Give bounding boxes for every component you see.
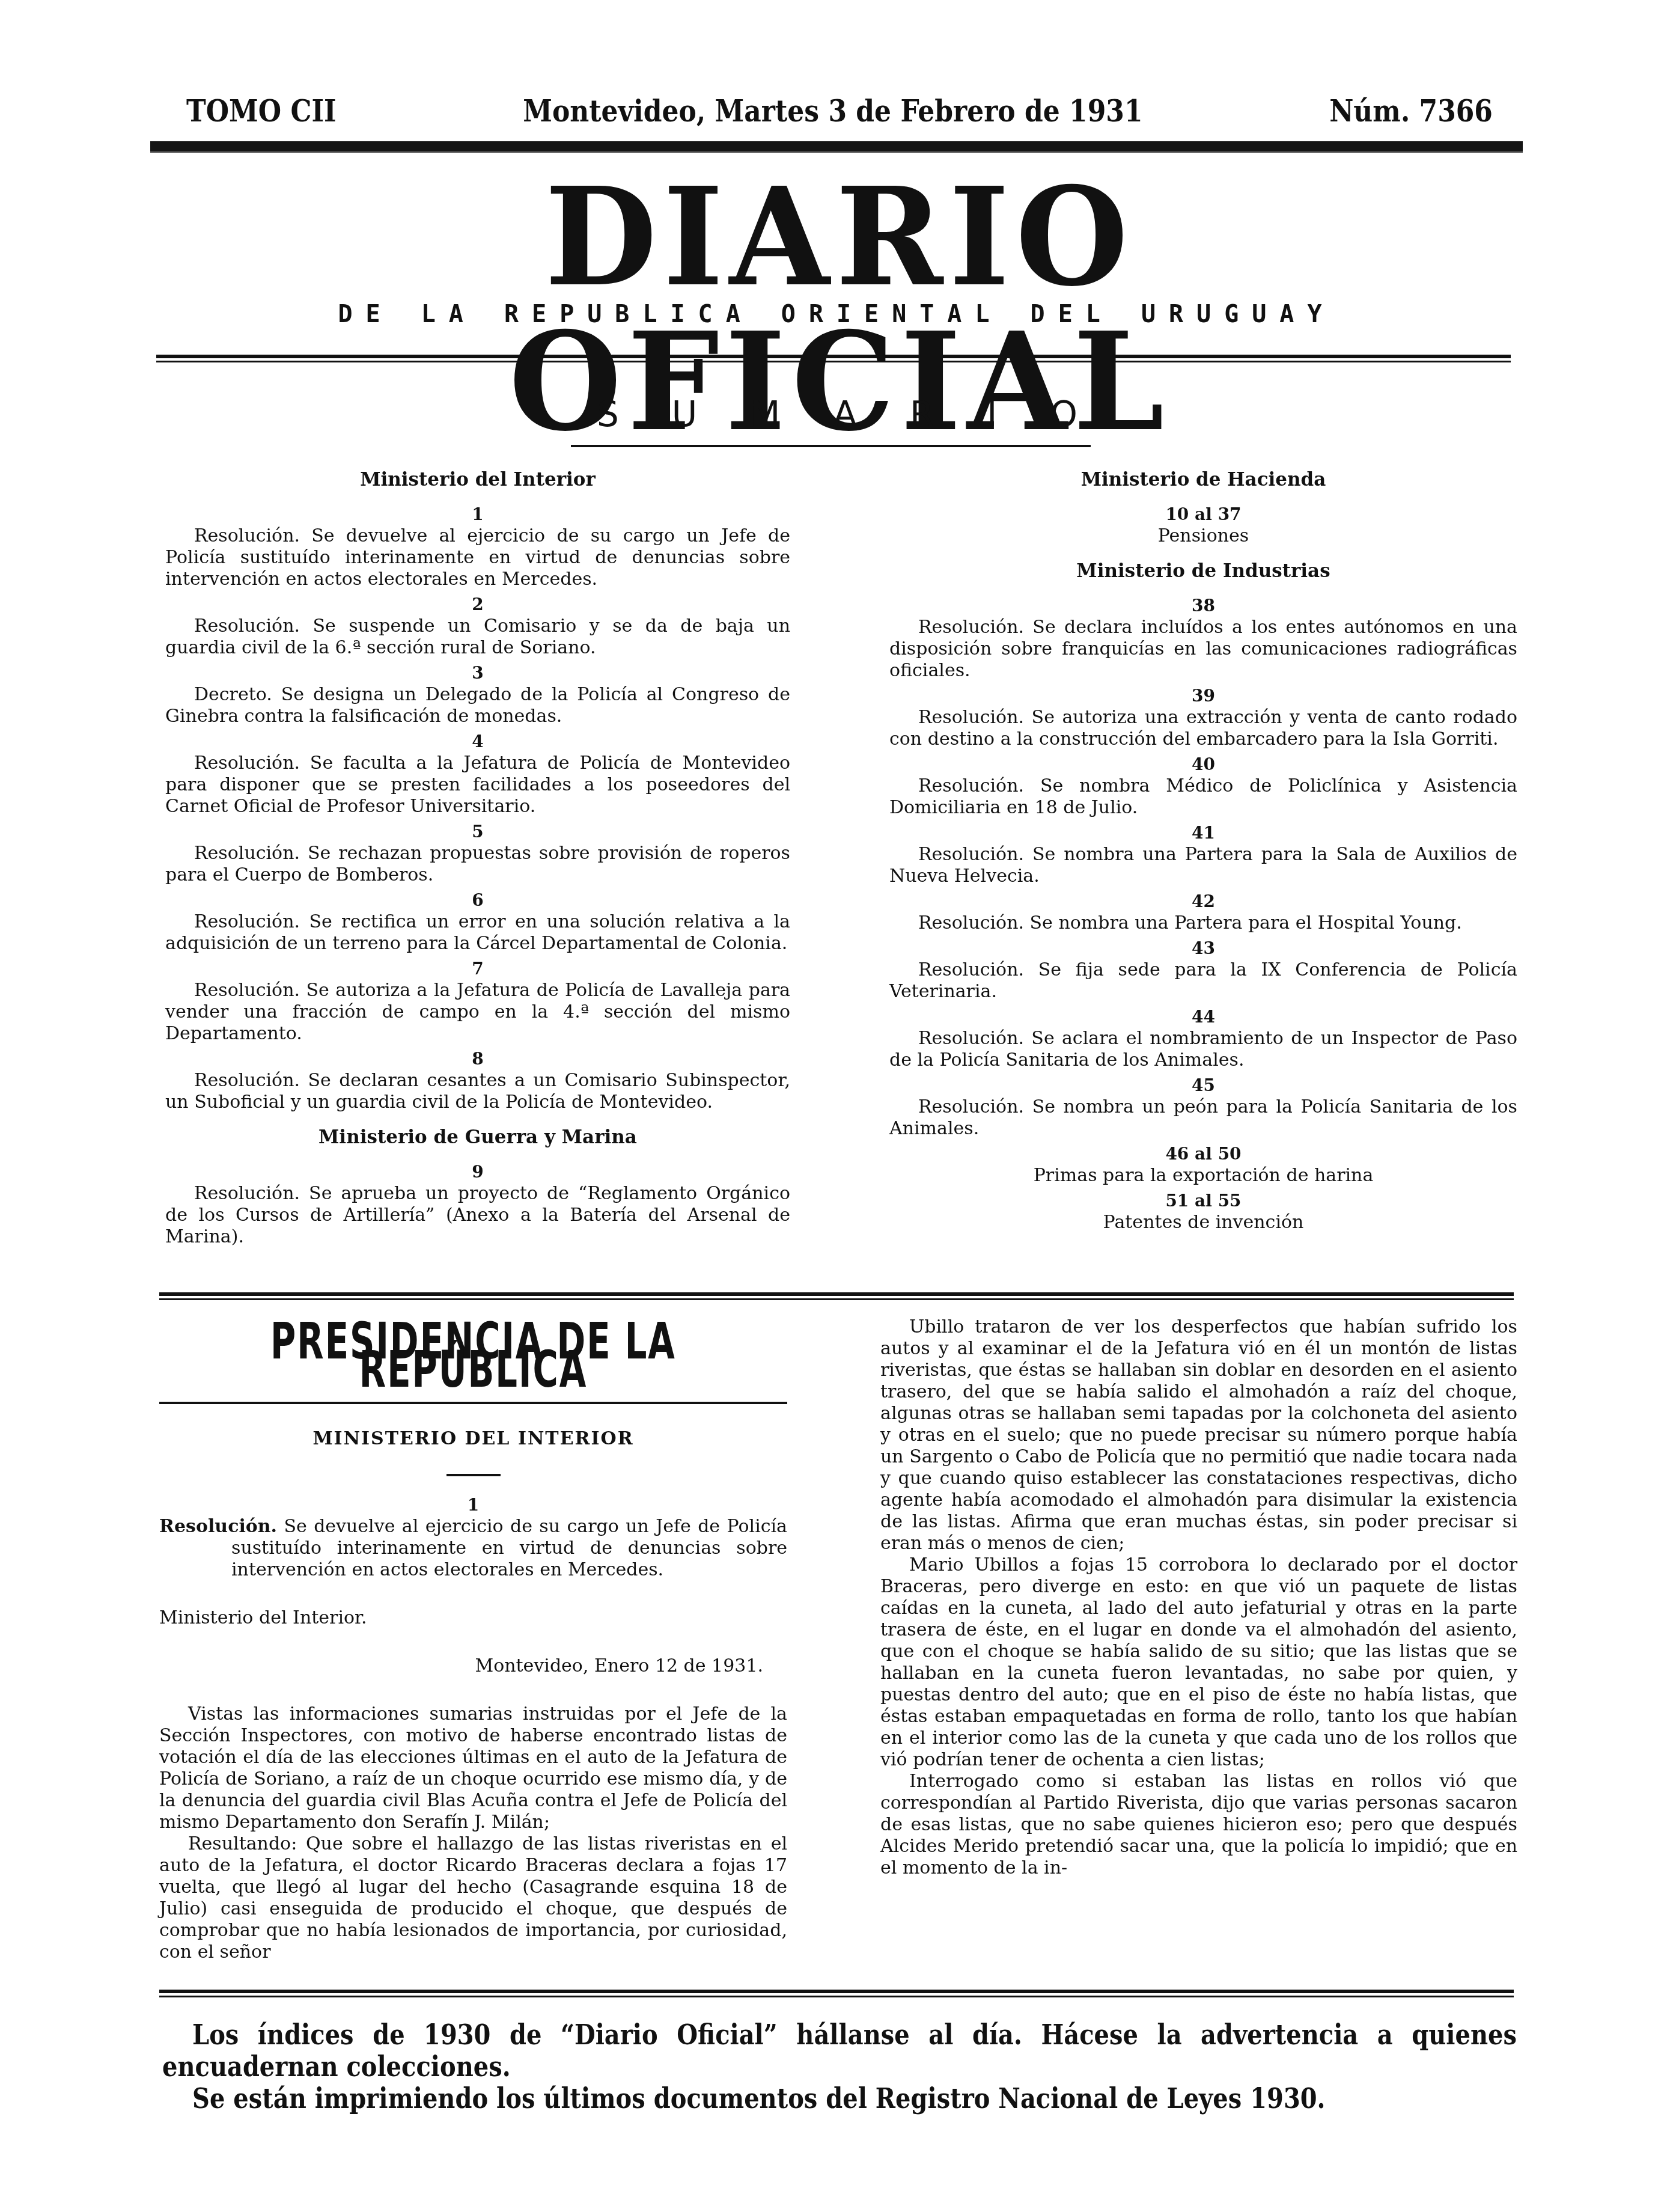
ministry-rule: [446, 1474, 501, 1476]
body-paragraph: Resultando: Que sobre el hallazgo de las…: [159, 1833, 787, 1963]
item-number: 42: [889, 891, 1517, 912]
item-number: 10 al 37: [889, 504, 1517, 525]
volume-label: TOMO CII: [186, 94, 337, 129]
newspaper-subtitle: DE LA REPUBLICA ORIENTAL DEL URUGUAY: [0, 301, 1673, 328]
item-number: 1: [159, 1494, 787, 1516]
place-date: Montevideo, Enero 12 de 1931.: [159, 1655, 787, 1677]
summary-item: Resolución. Se declaran cesantes a un Co…: [165, 1070, 790, 1113]
summary-item: Resolución. Se aclara el nombramiento de…: [889, 1028, 1517, 1071]
item-summary-text: Se devuelve al ejercicio de su cargo un …: [231, 1516, 787, 1580]
masthead-rule: [150, 141, 1523, 153]
item-number: 2: [165, 594, 790, 616]
item-number: 51 al 55: [889, 1190, 1517, 1212]
ministry-heading: Ministerio de Guerra y Marina: [165, 1126, 790, 1148]
summary-item: Resolución. Se rechazan propuestas sobre…: [165, 843, 790, 886]
summary-item: Resolución. Se nombra un peón para la Po…: [889, 1096, 1517, 1140]
item-number: 1: [165, 504, 790, 525]
ministry-heading: Ministerio de Industrias: [889, 560, 1517, 582]
summary-item: Resolución. Se faculta a la Jefatura de …: [165, 753, 790, 817]
summary-item: Resolución. Se devuelve al ejercicio de …: [165, 525, 790, 590]
subtitle-rule: [156, 355, 1511, 362]
ministry-heading: Ministerio del Interior: [165, 469, 790, 490]
item-number: 41: [889, 822, 1517, 844]
masthead-topline: TOMO CII Montevideo, Martes 3 de Febrero…: [186, 87, 1493, 136]
item-number: 43: [889, 938, 1517, 959]
body-right-column: Ubillo trataron de ver los desperfectos …: [880, 1316, 1517, 1879]
summary-item: Resolución. Se nombra una Partera para e…: [889, 912, 1517, 934]
item-number: 5: [165, 821, 790, 843]
summary-item: Resolución. Se declara incluídos a los e…: [889, 617, 1517, 682]
summary-item: Resolución. Se aprueba un proyecto de “R…: [165, 1183, 790, 1248]
category-label: Patentes de invención: [889, 1212, 1517, 1233]
item-number: 39: [889, 685, 1517, 707]
dateline: Montevideo, Martes 3 de Febrero de 1931: [523, 94, 1142, 129]
body-end-rule: [159, 1990, 1514, 1997]
body-left-column: PRESIDENCIA DE LA REPÚBLICA MINISTERIO D…: [159, 1328, 787, 1963]
summary-item: Resolución. Se suspende un Comisario y s…: [165, 616, 790, 659]
summary-item: Resolución. Se nombra una Partera para l…: [889, 844, 1517, 887]
summary-item: Resolución. Se fija sede para la IX Conf…: [889, 959, 1517, 1003]
body-paragraph: Vistas las informaciones sumarias instru…: [159, 1703, 787, 1833]
sumario-rule: [571, 445, 1091, 447]
item-number: 3: [165, 662, 790, 684]
summary-item: Decreto. Se designa un Delegado de la Po…: [165, 684, 790, 727]
item-number: 45: [889, 1075, 1517, 1096]
issue-number: Núm. 7366: [1329, 94, 1493, 129]
ministry-heading: Ministerio de Hacienda: [889, 469, 1517, 490]
notice-indices: Los índices de 1930 de “Diario Oficial” …: [162, 2020, 1517, 2083]
sumario-heading: SUMARIO: [0, 394, 1673, 435]
section-rule: [159, 1402, 787, 1404]
sumario-right-column: Ministerio de Hacienda10 al 37PensionesM…: [889, 469, 1517, 1233]
sumario-end-rule: [159, 1292, 1514, 1300]
notices: Los índices de 1930 de “Diario Oficial” …: [162, 2020, 1517, 2115]
body-paragraph: Mario Ubillos a fojas 15 corrobora lo de…: [880, 1554, 1517, 1771]
summary-item: Resolución. Se autoriza a la Jefatura de…: [165, 980, 790, 1045]
item-number: 44: [889, 1006, 1517, 1028]
category-label: Pensiones: [889, 525, 1517, 547]
issuer: Ministerio del Interior.: [159, 1607, 787, 1629]
summary-item: Resolución. Se nombra Médico de Policlín…: [889, 775, 1517, 819]
item-number: 9: [165, 1161, 790, 1183]
sumario-left-column: Ministerio del Interior1Resolución. Se d…: [165, 469, 790, 1248]
body-paragraph: Ubillo trataron de ver los desperfectos …: [880, 1316, 1517, 1554]
item-number: 7: [165, 958, 790, 980]
notice-registro: Se están imprimiendo los últimos documen…: [162, 2083, 1517, 2115]
body-left-paragraphs: Vistas las informaciones sumarias instru…: [159, 1703, 787, 1963]
item-number: 6: [165, 890, 790, 911]
item-number: 38: [889, 595, 1517, 617]
item-summary: Resolución. Se devuelve al ejercicio de …: [159, 1516, 787, 1581]
category-label: Primas para la exportación de harina: [889, 1165, 1517, 1187]
item-number: 46 al 50: [889, 1143, 1517, 1165]
summary-item: Resolución. Se rectifica un error en una…: [165, 911, 790, 955]
body-paragraph: Interrogado como si estaban las listas e…: [880, 1771, 1517, 1879]
summary-item: Resolución. Se autoriza una extracción y…: [889, 707, 1517, 750]
section-title: PRESIDENCIA DE LA REPÚBLICA: [159, 1328, 787, 1384]
item-number: 8: [165, 1048, 790, 1070]
item-summary-lead: Resolución.: [159, 1516, 277, 1537]
item-number: 4: [165, 731, 790, 753]
ministry-heading: MINISTERIO DEL INTERIOR: [159, 1428, 787, 1450]
item-number: 40: [889, 754, 1517, 775]
